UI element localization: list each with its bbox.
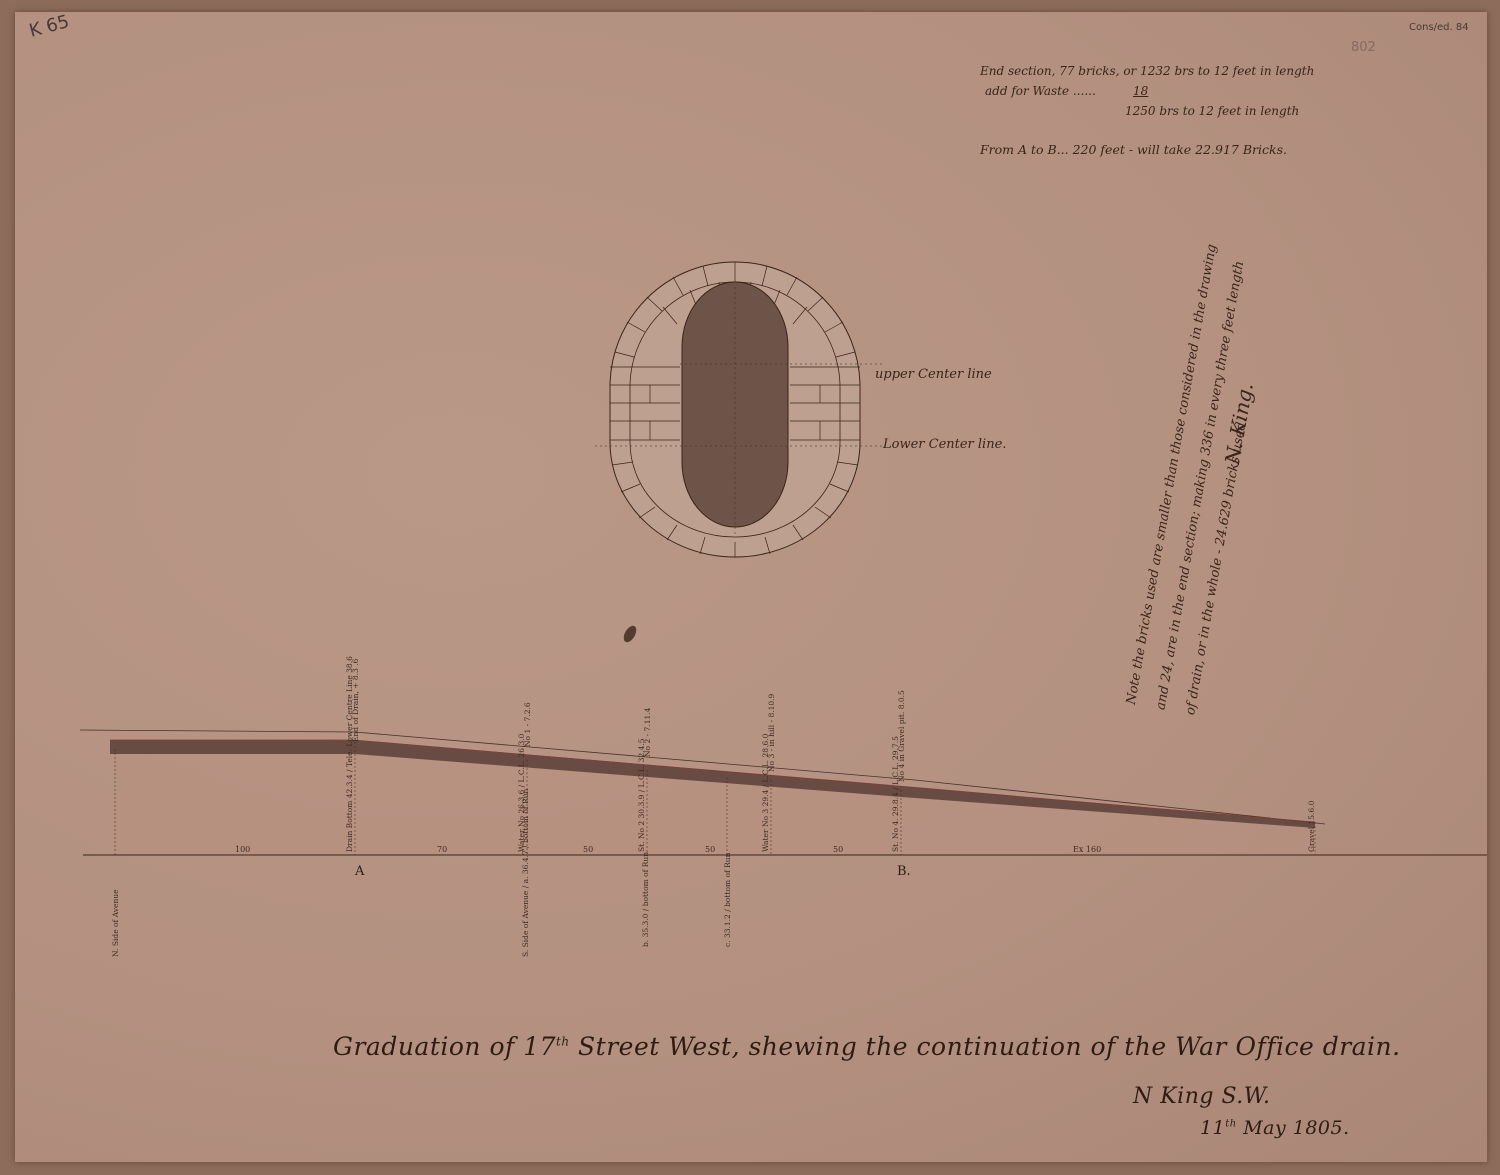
station-2-inner-label: St. No 2 30.3.9 / L.C.L. 32.4.5 — [637, 738, 646, 852]
note-line-4: From A to B... 220 feet - will take 22.9… — [980, 142, 1287, 157]
upper-center-line-label: upper Center line — [875, 367, 992, 382]
archive-mark-top-left: K 65 — [27, 11, 71, 42]
signature-date: 11th May 1805. — [1200, 1117, 1350, 1139]
station-end-inner-label: Gravel 15.6.0 — [1307, 801, 1316, 852]
station-avenue-bottom-label: N. Side of Avenue — [111, 889, 120, 957]
note-line-3: 1250 brs to 12 feet in length — [1125, 104, 1299, 118]
station-3-inner-label: Water No 3 29.4 / L.C.L. 28.6.0 — [761, 734, 770, 852]
drawing-sheet: K 65 Cons/ed. 84 802 End section, 77 bri… — [15, 12, 1487, 1162]
station-2-bottom-label: b. 35.3.0 / bottom of Run — [641, 852, 650, 947]
note-line-2-label: add for Waste ...... — [985, 84, 1096, 98]
station-a-inner-label: Drain Bottom 42.3.4 / Tele. Lower Centre… — [345, 752, 354, 852]
point-a-label: A — [355, 864, 364, 879]
station-4-inner-label: St. No 4. 29.8.4 / L.C.L. 29.7.5 — [891, 736, 900, 852]
archive-mark-top-right: Cons/ed. 84 — [1409, 22, 1469, 33]
note-line-2-value: 18 — [1133, 84, 1148, 98]
archive-mark-pencil: 802 — [1351, 40, 1376, 55]
distance-label: 50 — [833, 845, 843, 854]
station-mid-bottom-label: c. 33.1.2 / bottom of Run — [723, 853, 732, 947]
drawing-title: Graduation of 17th Street West, shewing … — [333, 1032, 1401, 1061]
station-1-bottom-label: S. Side of Avenue / a. 36.4.7 / bottom o… — [521, 789, 530, 957]
distance-label: 50 — [705, 845, 715, 854]
lower-center-line-label: Lower Center line. — [883, 437, 1006, 452]
drain-cross-section-icon — [595, 252, 1015, 582]
distance-label: 70 — [437, 845, 447, 854]
vertical-note: Note the bricks used are smaller than th… — [1117, 242, 1287, 718]
distance-label: Ex 160 — [1073, 845, 1101, 854]
distance-label: 50 — [583, 845, 593, 854]
note-line-1: End section, 77 bricks, or 1232 brs to 1… — [980, 64, 1314, 78]
signature-name: N King S.W. — [1133, 1084, 1271, 1109]
distance-label: 100 — [235, 845, 250, 854]
ink-blot — [621, 624, 639, 645]
point-b-label: B. — [897, 864, 911, 879]
